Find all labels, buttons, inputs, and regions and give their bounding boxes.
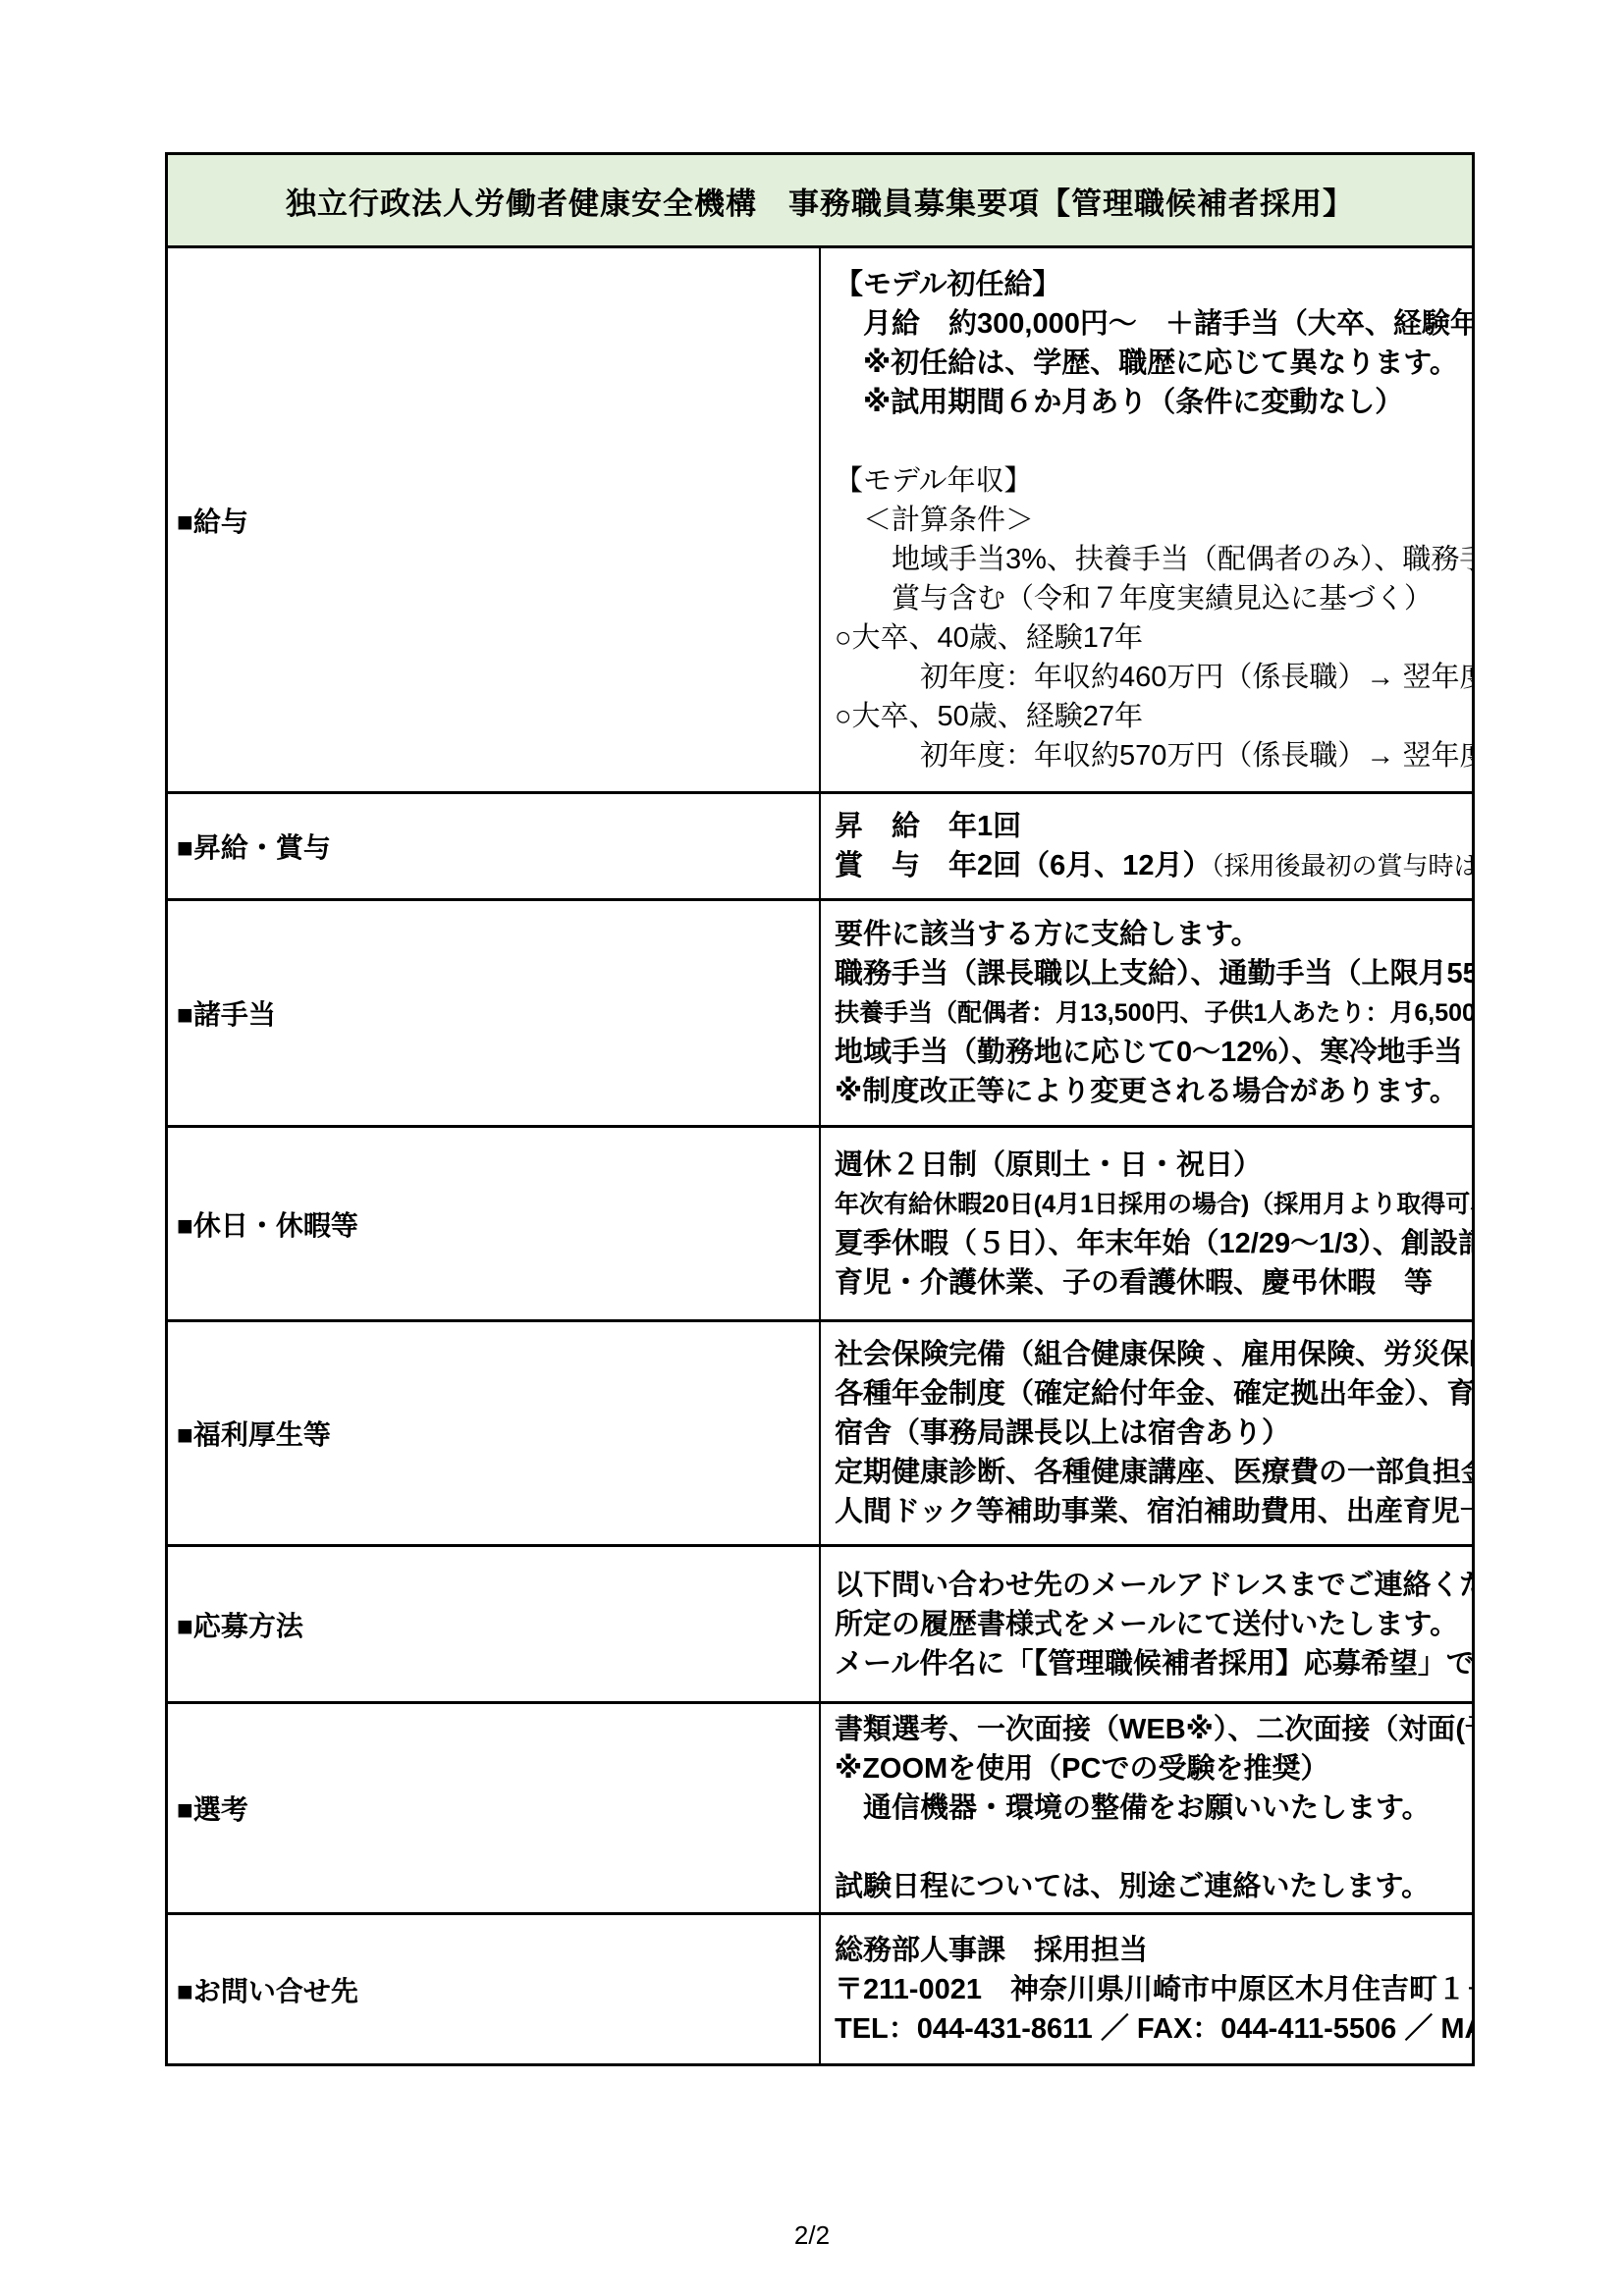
row-content-salary: 【モデル初任給】 月給 約300,000円～ ＋諸手当（大卒、経験年数15年、3… bbox=[820, 247, 1474, 793]
text-line: 扶養手当（配偶者：月13,500円、子供1人あたり：月6,500円 等扶養状況に… bbox=[835, 993, 1462, 1033]
text-line: 育児・介護休業、子の看護休暇、慶弔休暇 等 bbox=[835, 1263, 1462, 1303]
row-content-application: 以下問い合わせ先のメールアドレスまでご連絡ください。 所定の履歴書様式をメールに… bbox=[820, 1546, 1474, 1703]
table-row-salary: ■給与 【モデル初任給】 月給 約300,000円～ ＋諸手当（大卒、経験年数1… bbox=[167, 247, 1474, 793]
text-line: 年次有給休暇20日(4月1日採用の場合)（採用月より取得可、翌年度繰越可、半日単… bbox=[835, 1185, 1462, 1224]
text-line: 要件に該当する方に支給します。 bbox=[835, 915, 1462, 954]
text-line: ※ZOOMを使用（PCでの受験を推奨） bbox=[835, 1749, 1462, 1789]
row-label-raise-bonus: ■昇給・賞与 bbox=[167, 793, 821, 900]
text-line: 職務手当（課長職以上支給）、通勤手当（上限月55,000円まで）、住居手当（月2… bbox=[835, 954, 1462, 993]
row-content-holidays: 週休２日制（原則土・日・祝日） 年次有給休暇20日(4月1日採用の場合)（採用月… bbox=[820, 1127, 1474, 1321]
text-line: 定期健康診断、各種健康講座、医療費の一部負担金払い戻し制度あり、 bbox=[835, 1453, 1462, 1492]
text-line: 初年度：年収約460万円（係長職）→ 翌年度課長登用：年収約580万円（職務手当… bbox=[835, 658, 1462, 697]
text-line: 各種年金制度（確定給付年金、確定拠出年金）、育児・介護短時間勤務制度 bbox=[835, 1374, 1462, 1414]
table-row-holidays: ■休日・休暇等 週休２日制（原則土・日・祝日） 年次有給休暇20日(4月1日採用… bbox=[167, 1127, 1474, 1321]
row-label-application: ■応募方法 bbox=[167, 1546, 821, 1703]
text-line: 初年度：年収約570万円（係長職）→ 翌年度課長登用：年収約710万円（職務手当… bbox=[835, 736, 1462, 775]
table-row-application: ■応募方法 以下問い合わせ先のメールアドレスまでご連絡ください。 所定の履歴書様… bbox=[167, 1546, 1474, 1703]
text-line: メール件名に「【管理職候補者採用】応募希望」である旨明記していただきますようご協… bbox=[835, 1644, 1462, 1683]
row-content-benefits: 社会保険完備（組合健康保険 、雇用保険、労災保険、厚生年金保険）、財形貯蓄制度 … bbox=[820, 1321, 1474, 1546]
bonus-text: 賞 与 年2回（6月、12月） bbox=[835, 850, 1212, 881]
text-line: 賞与含む（令和７年度実績見込に基づく） bbox=[835, 579, 1462, 618]
text-line: ○大卒、40歳、経験17年 bbox=[835, 618, 1462, 658]
row-label-selection: ■選考 bbox=[167, 1703, 821, 1914]
row-content-selection: 書類選考、一次面接（WEB※）、二次面接（対面(予定)） ※ZOOMを使用（PC… bbox=[820, 1703, 1474, 1914]
row-label-benefits: ■福利厚生等 bbox=[167, 1321, 821, 1546]
text-line: ※試用期間６か月あり（条件に変動なし） bbox=[835, 383, 1462, 422]
row-label-allowances: ■諸手当 bbox=[167, 900, 821, 1127]
title-row: 独立行政法人労働者健康安全機構 事務職員募集要項【管理職候補者採用】 bbox=[167, 154, 1474, 247]
recruitment-table: 独立行政法人労働者健康安全機構 事務職員募集要項【管理職候補者採用】 ■給与 【… bbox=[165, 152, 1475, 2066]
row-label-contact: ■お問い合せ先 bbox=[167, 1914, 821, 2065]
text-line: 宿舎（事務局課長以上は宿舎あり） bbox=[835, 1414, 1462, 1453]
contact-department: 総務部人事課 採用担当 bbox=[835, 1931, 1462, 1970]
text-line: 昇 給 年1回 bbox=[835, 807, 1462, 846]
text-line: 週休２日制（原則土・日・祝日） bbox=[835, 1146, 1462, 1185]
contact-tel-fax-mail: TEL：044-431-8611 ／ FAX：044-411-5506 ／ MA… bbox=[835, 2009, 1462, 2049]
text-line: 地域手当3%、扶養手当（配偶者のみ）、職務手当（課長登用後） bbox=[835, 540, 1462, 579]
bonus-note: （採用後最初の賞与時は満額支給となりません。） bbox=[1212, 851, 1474, 881]
table-row-raise-bonus: ■昇給・賞与 昇 給 年1回 賞 与 年2回（6月、12月）（採用後最初の賞与時… bbox=[167, 793, 1474, 900]
text-line: ○大卒、50歳、経験27年 bbox=[835, 697, 1462, 736]
text-line: 社会保険完備（組合健康保険 、雇用保険、労災保険、厚生年金保険）、財形貯蓄制度 bbox=[835, 1335, 1462, 1374]
text-line: 所定の履歴書様式をメールにて送付いたします。 bbox=[835, 1605, 1462, 1644]
row-label-salary: ■給与 bbox=[167, 247, 821, 793]
text-line: 試験日程については、別途ご連絡いたします。 bbox=[835, 1867, 1462, 1906]
text-line: 地域手当（勤務地に応じて0～12%）、寒冷地手当（勤務地に応じて） 等 bbox=[835, 1033, 1462, 1072]
row-label-holidays: ■休日・休暇等 bbox=[167, 1127, 821, 1321]
blank-line bbox=[835, 1828, 1462, 1867]
contact-address: 〒211-0021 神奈川県川崎市中原区木月住吉町１－１ bbox=[835, 1970, 1462, 2009]
blank-line bbox=[835, 422, 1462, 461]
row-content-contact: 総務部人事課 採用担当 〒211-0021 神奈川県川崎市中原区木月住吉町１－１… bbox=[820, 1914, 1474, 2065]
row-content-raise-bonus: 昇 給 年1回 賞 与 年2回（6月、12月）（採用後最初の賞与時は満額支給とな… bbox=[820, 793, 1474, 900]
row-content-allowances: 要件に該当する方に支給します。 職務手当（課長職以上支給）、通勤手当（上限月55… bbox=[820, 900, 1474, 1127]
text-line: 賞 与 年2回（6月、12月）（採用後最初の賞与時は満額支給となりません。） bbox=[835, 846, 1462, 885]
text-line: ※初任給は、学歴、職歴に応じて異なります。 bbox=[835, 344, 1462, 383]
text-line: 月給 約300,000円～ ＋諸手当（大卒、経験年数15年、38歳の場合） bbox=[835, 304, 1462, 344]
page-number: 2/2 bbox=[0, 2220, 1624, 2251]
text-line: 書類選考、一次面接（WEB※）、二次面接（対面(予定)） bbox=[835, 1710, 1462, 1749]
text-line: 夏季休暇（５日）、年末年始（12/29～1/3）、創設記念日 bbox=[835, 1224, 1462, 1263]
text-line: 【モデル初任給】 bbox=[835, 265, 1462, 304]
table-row-benefits: ■福利厚生等 社会保険完備（組合健康保険 、雇用保険、労災保険、厚生年金保険）、… bbox=[167, 1321, 1474, 1546]
text-line: 人間ドック等補助事業、宿泊補助費用、出産育児一金 等各種支給あり bbox=[835, 1492, 1462, 1531]
text-line: 以下問い合わせ先のメールアドレスまでご連絡ください。 bbox=[835, 1566, 1462, 1605]
table-row-selection: ■選考 書類選考、一次面接（WEB※）、二次面接（対面(予定)） ※ZOOMを使… bbox=[167, 1703, 1474, 1914]
text-line: 【モデル年収】 bbox=[835, 461, 1462, 501]
text-line: 通信機器・環境の整備をお願いいたします。 bbox=[835, 1789, 1462, 1828]
text-line: ＜計算条件＞ bbox=[835, 501, 1462, 540]
table-row-allowances: ■諸手当 要件に該当する方に支給します。 職務手当（課長職以上支給）、通勤手当（… bbox=[167, 900, 1474, 1127]
document-title: 独立行政法人労働者健康安全機構 事務職員募集要項【管理職候補者採用】 bbox=[167, 154, 1474, 247]
text-line: ※制度改正等により変更される場合があります。 bbox=[835, 1072, 1462, 1111]
table-row-contact: ■お問い合せ先 総務部人事課 採用担当 〒211-0021 神奈川県川崎市中原区… bbox=[167, 1914, 1474, 2065]
